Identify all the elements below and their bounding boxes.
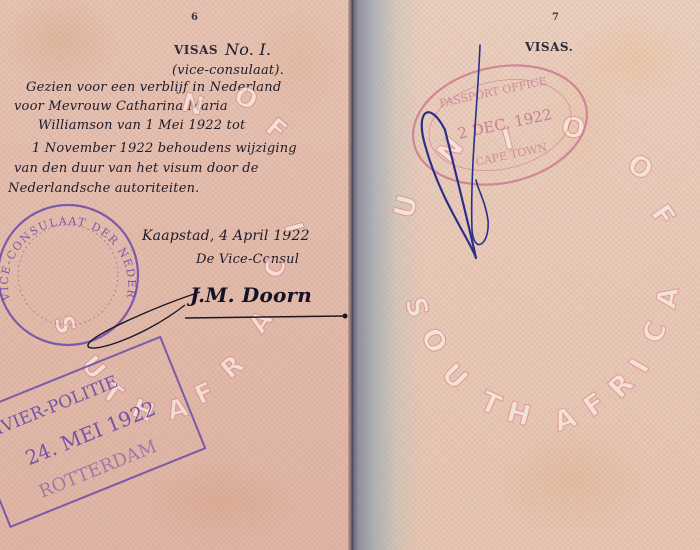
visas-heading-left: VISAS	[174, 43, 218, 57]
visa-number: No. I.	[225, 40, 271, 59]
handwritten-line-6: van den duur van het visum door de	[14, 161, 259, 176]
visas-heading-right: VISAS.	[525, 40, 573, 54]
consul-signature: J.M. Doorn	[190, 283, 312, 307]
place-date: Kaapstad, 4 April 1922	[142, 228, 310, 244]
handwritten-line-1: (vice-consulaat).	[172, 63, 284, 78]
handwritten-line-3: voor Mevrouw Catharina Maria	[14, 99, 228, 114]
consul-title: De Vice-Consul	[196, 252, 299, 267]
page-number-left: 6	[191, 12, 198, 23]
page-number-right: 7	[552, 12, 559, 23]
handwritten-line-7: Nederlandsche autoriteiten.	[8, 181, 200, 196]
handwritten-line-5: 1 November 1922 behoudens wijziging	[32, 141, 297, 156]
right-page: 7 VISAS.	[352, 0, 700, 550]
paper-texture	[352, 0, 700, 550]
handwritten-line-2: Gezien voor een verblijf in Nederland	[26, 80, 281, 95]
passport-spread: 6 VISAS No. I. (vice-consulaat). Gezien …	[0, 0, 700, 550]
handwritten-line-4: Williamson van 1 Mei 1922 tot	[38, 118, 245, 133]
left-page: 6 VISAS No. I. (vice-consulaat). Gezien …	[0, 0, 352, 550]
